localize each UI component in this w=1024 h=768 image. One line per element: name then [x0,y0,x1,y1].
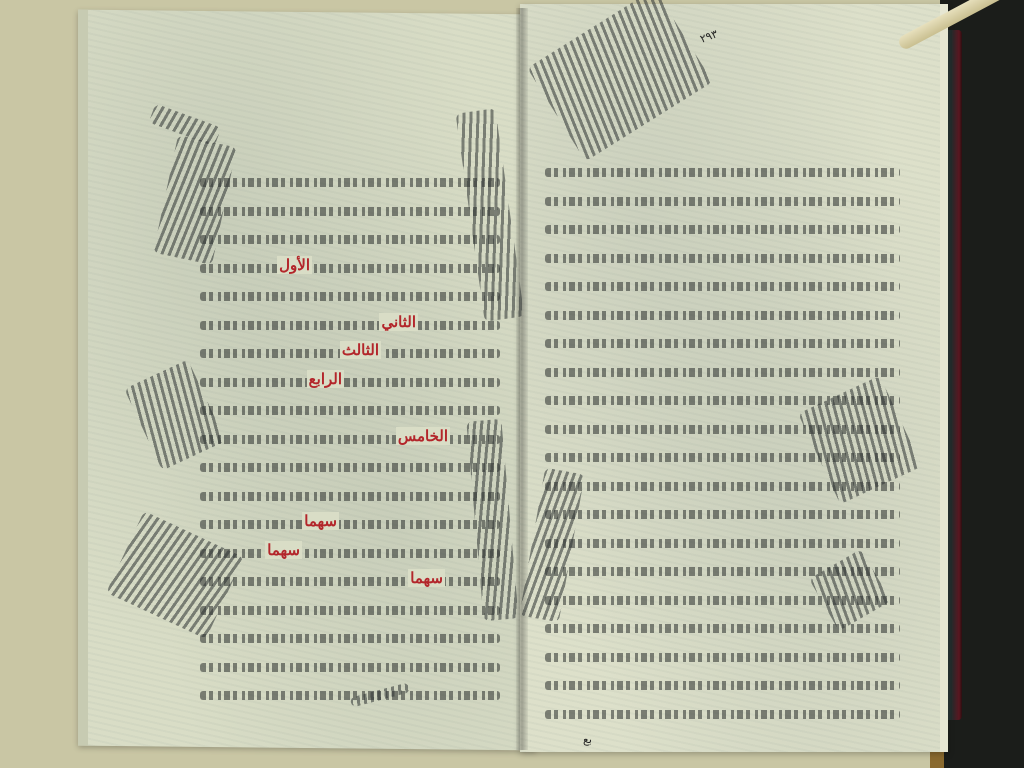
ink-stroke [545,510,900,519]
text-line [200,170,500,199]
ink-stroke [200,378,500,387]
rubric-heading: الثاني [379,313,418,331]
text-line [200,683,500,712]
text-line [200,626,500,655]
rubric-heading: سهما [302,512,339,530]
text-line [200,199,500,228]
ink-stroke [200,463,500,472]
ink-stroke [200,492,500,501]
text-line [545,645,900,674]
ink-stroke [545,653,900,662]
ink-stroke [200,577,500,586]
text-line: الثالث [200,341,500,370]
rubric-heading: الخامس [396,427,450,445]
ink-stroke [200,292,500,301]
ink-stroke [545,681,900,690]
text-line [545,274,900,303]
ink-stroke [200,549,500,558]
ink-stroke [200,406,500,415]
ink-stroke [545,225,900,234]
text-line [545,360,900,389]
ink-stroke [200,235,500,244]
text-line [545,531,900,560]
text-line: الأول [200,256,500,285]
text-line [545,303,900,332]
rubric-heading: الرابع [307,370,344,388]
ink-stroke [545,710,900,719]
ink-stroke [545,282,900,291]
text-line [545,189,900,218]
ink-stroke [200,178,500,187]
ink-stroke [545,539,900,548]
text-line [200,455,500,484]
rubric-heading: الأول [277,256,312,274]
ink-stroke [200,435,500,444]
ink-stroke [200,606,500,615]
rubric-heading: سهما [408,569,445,587]
text-line [545,702,900,731]
text-line [545,502,900,531]
text-line [200,484,500,513]
text-line [545,246,900,275]
rubric-heading: سهما [265,541,302,559]
ink-stroke [545,197,900,206]
ink-stroke [545,311,900,320]
ink-stroke [545,254,900,263]
text-line: سهما [200,569,500,598]
text-line [545,160,900,189]
ink-stroke [545,368,900,377]
left-main-text: الأولالثانيالثالثالرابعالخامسسهماسهماسهم… [200,170,500,712]
text-line [200,227,500,256]
ink-stroke [200,264,500,273]
ink-stroke [200,520,500,529]
text-line [200,598,500,627]
ink-stroke [200,663,500,672]
rubric-heading: الثالث [340,341,381,359]
text-line [545,673,900,702]
text-line [545,217,900,246]
ink-stroke [545,339,900,348]
catchword: بع [583,733,592,746]
text-line: الثاني [200,313,500,342]
text-line: سهما [200,541,500,570]
ink-stroke [200,321,500,330]
ink-stroke [200,634,500,643]
ink-stroke [200,207,500,216]
text-line [200,284,500,313]
text-line [545,331,900,360]
text-line: الرابع [200,370,500,399]
book-gutter [516,8,528,750]
text-line: الخامس [200,427,500,456]
text-line: سهما [200,512,500,541]
text-line [200,398,500,427]
text-line [200,655,500,684]
ink-stroke [545,168,900,177]
